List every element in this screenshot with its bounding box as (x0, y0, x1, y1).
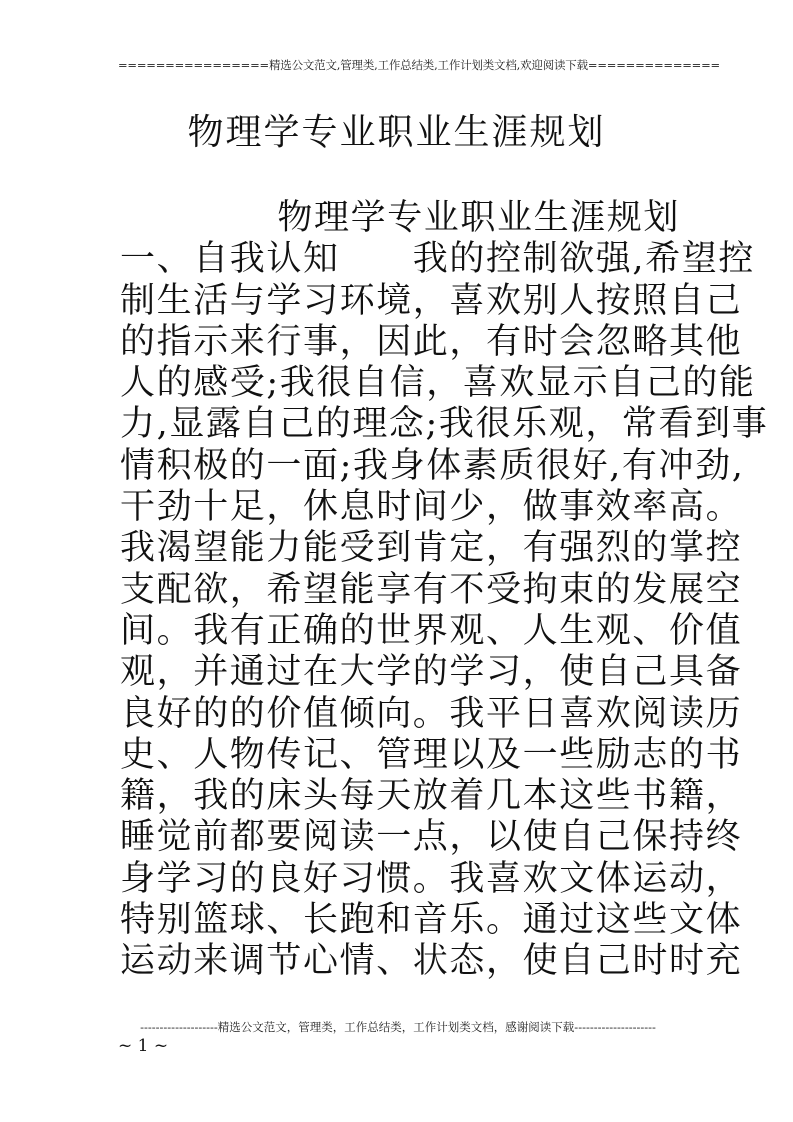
body-line: 籍，我的床头每天放着几本这些书籍， (120, 776, 680, 817)
body-line: 身学习的良好习惯。我喜欢文体运动， (120, 859, 680, 900)
body-line: 史、人物传记、管理以及一些励志的书 (120, 735, 680, 776)
body-line: 运动来调节心情、状态，使自己时时充 (120, 941, 680, 982)
body-line: 力,显露自己的理念;我很乐观，常看到事 (120, 404, 680, 445)
body-line: 特别篮球、长跑和音乐。通过这些文体 (120, 900, 680, 941)
header-banner: ================精选公文范文,管理类,工作总结类,工作计划类文档… (118, 57, 676, 73)
body-line: 情积极的一面;我身体素质很好,有冲劲, (120, 446, 680, 487)
body-line: 人的感受;我很自信，喜欢显示自己的能 (120, 363, 680, 404)
body-line: 良好的的价值倾向。我平日喜欢阅读历 (120, 694, 680, 735)
body-line: 的指示来行事，因此，有时会忽略其他 (120, 322, 680, 363)
body-line: 支配欲，希望能享有不受拘束的发展空 (120, 570, 680, 611)
body-line: 一、自我认知 我的控制欲强,希望控 (120, 239, 680, 280)
document-body: 物理学专业职业生涯规划 一、自我认知 我的控制欲强,希望控 制生活与学习环境，喜… (120, 198, 680, 983)
body-line: 睡觉前都要阅读一点，以使自己保持终 (120, 817, 680, 858)
body-line: 间。我有正确的世界观、人生观、价值 (120, 611, 680, 652)
body-line: 观，并通过在大学的学习，使自己具备 (120, 652, 680, 693)
body-line: 我渴望能力能受到肯定，有强烈的掌控 (120, 528, 680, 569)
document-title: 物理学专业职业生涯规划 (0, 104, 793, 155)
body-line: 干劲十足，休息时间少，做事效率高。 (120, 487, 680, 528)
body-subtitle-line: 物理学专业职业生涯规划 (120, 198, 680, 239)
page-number: ~ 1 ~ (118, 1036, 168, 1056)
body-line: 制生活与学习环境，喜欢别人按照自己 (120, 281, 680, 322)
footer-banner: --------------------精选公文范文，管理类，工作总结类，工作计… (118, 1019, 678, 1035)
